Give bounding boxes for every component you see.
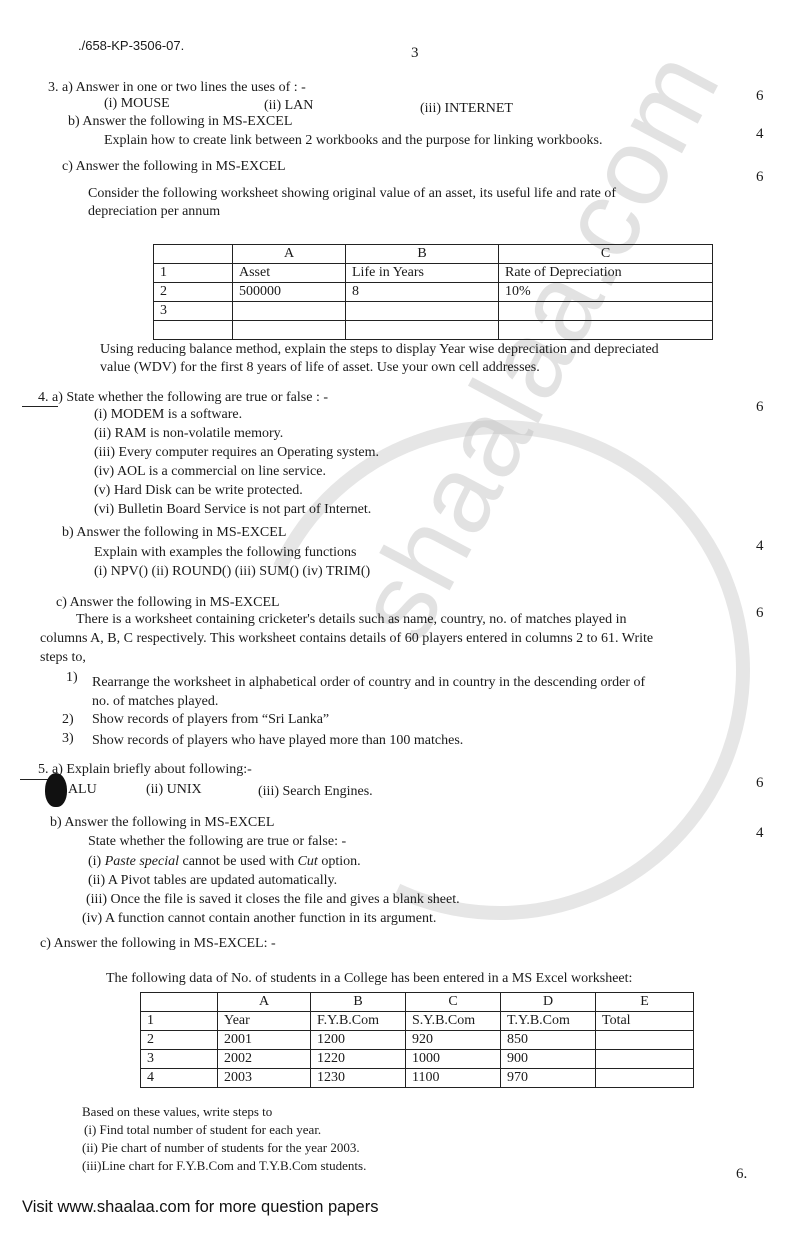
cell: 970 (501, 1069, 596, 1088)
col-header (141, 993, 218, 1012)
q5c-intro: The following data of No. of students in… (106, 971, 632, 987)
q4a-item-2: (ii) RAM is non-volatile memory. (94, 426, 283, 442)
q4c-para-1: There is a worksheet containing crickete… (76, 612, 627, 628)
q3c-outro-1: Using reducing balance method, explain t… (100, 342, 659, 358)
q5b-item-1: (i) Paste special cannot be used with Cu… (88, 854, 361, 870)
q3a-marks: 6 (756, 88, 764, 105)
q5c-item-1: (i) Find total number of student for eac… (84, 1122, 321, 1138)
q5b-label: b) Answer the following in MS-EXCEL (50, 815, 274, 831)
cell: 2001 (218, 1031, 311, 1050)
q4b-text: Explain with examples the following func… (94, 545, 356, 561)
cell: 2002 (218, 1050, 311, 1069)
q5b-item-1-prefix: (i) (88, 854, 105, 869)
col-header: A (233, 245, 346, 264)
q4c-para-3: steps to, (40, 650, 86, 666)
q4c-marks: 6 (756, 605, 764, 622)
q4b-label: b) Answer the following in MS-EXCEL (62, 525, 286, 541)
q3a-label: 3. a) Answer in one or two lines the use… (48, 80, 306, 96)
asset-worksheet-table: A B C 1AssetLife in YearsRate of Depreci… (153, 244, 713, 340)
q4c-step-3-num: 3) (62, 731, 74, 747)
q5b-item-1-suffix: option. (318, 854, 361, 869)
table-row: 3200212201000900 (141, 1050, 694, 1069)
q5c-label: c) Answer the following in MS-EXCEL: - (40, 936, 276, 952)
cell: 3 (141, 1050, 218, 1069)
q5b-item-2: (ii) A Pivot tables are updated automati… (88, 873, 337, 889)
table-row: 220011200920850 (141, 1031, 694, 1050)
col-header: A (218, 993, 311, 1012)
col-header: C (406, 993, 501, 1012)
q3a-item-1: (i) MOUSE (104, 96, 170, 112)
q4c-step-2-line1: Show records of players from “Sri Lanka” (92, 712, 329, 728)
q4a-item-6: (vi) Bulletin Board Service is not part … (94, 502, 371, 518)
q5c-item-3: (iii)Line chart for F.Y.B.Com and T.Y.B.… (82, 1158, 366, 1174)
q3c-outro-2: value (WDV) for the first 8 years of lif… (100, 360, 540, 376)
cell: S.Y.B.Com (406, 1012, 501, 1031)
q5b-item-3: (iii) Once the file is saved it closes t… (86, 892, 460, 908)
cell: 8 (346, 283, 499, 302)
footer-link-text[interactable]: Visit www.shaalaa.com for more question … (22, 1198, 378, 1217)
q3b-marks: 4 (756, 126, 764, 143)
q4c-step-3-line1: Show records of players who have played … (92, 733, 463, 749)
cell (233, 321, 346, 340)
cell: 2 (141, 1031, 218, 1050)
cell: 1 (141, 1012, 218, 1031)
cell: 920 (406, 1031, 501, 1050)
col-header (154, 245, 233, 264)
cell (596, 1031, 694, 1050)
q4a-label: 4. a) State whether the following are tr… (38, 390, 328, 406)
q5a-item-3: (iii) Search Engines. (258, 784, 373, 800)
q4a-item-1: (i) MODEM is a software. (94, 407, 242, 423)
cell: 500000 (233, 283, 346, 302)
cell: 10% (499, 283, 713, 302)
cell: Total (596, 1012, 694, 1031)
cell (154, 321, 233, 340)
col-header: E (596, 993, 694, 1012)
q3a-item-2: (ii) LAN (264, 98, 313, 114)
cell (346, 302, 499, 321)
col-header: B (311, 993, 406, 1012)
q4a-item-4: (iv) AOL is a commercial on line service… (94, 464, 326, 480)
table-row: 2500000810% (154, 283, 713, 302)
q5a-label: 5. a) Explain briefly about following:- (38, 762, 252, 778)
cell: 2 (154, 283, 233, 302)
cell: 1100 (406, 1069, 501, 1088)
col-header: D (501, 993, 596, 1012)
cell: 1220 (311, 1050, 406, 1069)
q5c-marks: 6. (736, 1166, 747, 1183)
q4c-label: c) Answer the following in MS-EXCEL (56, 595, 280, 611)
q5a-item-2: (ii) UNIX (146, 782, 202, 798)
cell: 1200 (311, 1031, 406, 1050)
cell: F.Y.B.Com (311, 1012, 406, 1031)
q3c-label: c) Answer the following in MS-EXCEL (62, 159, 286, 175)
q5b-item-1-em1: Paste special (105, 854, 179, 869)
q5b-item-1-mid: cannot be used with (179, 854, 298, 869)
q4b-functions: (i) NPV() (ii) ROUND() (iii) SUM() (iv) … (94, 564, 370, 580)
cell: 1230 (311, 1069, 406, 1088)
q5a-marks: 6 (756, 775, 764, 792)
cell: Life in Years (346, 264, 499, 283)
cell (596, 1069, 694, 1088)
q4c-step-1-num: 1) (66, 670, 78, 686)
cell (346, 321, 499, 340)
table-row: 3 (154, 302, 713, 321)
cell (596, 1050, 694, 1069)
cell: 850 (501, 1031, 596, 1050)
cell: 900 (501, 1050, 596, 1069)
q3b-label: b) Answer the following in MS-EXCEL (68, 114, 292, 130)
q5b-item-4: (iv) A function cannot contain another f… (82, 911, 436, 927)
q3c-intro-1: Consider the following worksheet showing… (88, 186, 616, 202)
cell (499, 302, 713, 321)
table-row (154, 321, 713, 340)
q4a-item-5: (v) Hard Disk can be write protected. (94, 483, 303, 499)
question-underline (22, 406, 58, 407)
paper-code: ./658-KP-3506-07. (78, 38, 184, 53)
table-row: 1AssetLife in YearsRate of Depreciation (154, 264, 713, 283)
page-number: 3 (411, 45, 419, 62)
q4c-step-1-line1: Rearrange the worksheet in alphabetical … (92, 675, 645, 691)
cell: Rate of Depreciation (499, 264, 713, 283)
q4c-step-2-num: 2) (62, 712, 74, 728)
q4a-item-3: (iii) Every computer requires an Operati… (94, 445, 379, 461)
q5b-item-1-em2: Cut (298, 854, 318, 869)
q5b-intro: State whether the following are true or … (88, 834, 346, 850)
q4c-step-1-line2: no. of matches played. (92, 694, 218, 710)
q5c-based: Based on these values, write steps to (82, 1104, 272, 1120)
cell (499, 321, 713, 340)
q5c-item-2: (ii) Pie chart of number of students for… (82, 1140, 360, 1156)
q5b-marks: 4 (756, 825, 764, 842)
table-row: 4200312301100970 (141, 1069, 694, 1088)
cell: 3 (154, 302, 233, 321)
col-header: B (346, 245, 499, 264)
q3c-intro-2: depreciation per annum (88, 204, 220, 220)
q3a-item-3: (iii) INTERNET (420, 101, 513, 117)
q4b-marks: 4 (756, 538, 764, 555)
cell (233, 302, 346, 321)
cell: 1000 (406, 1050, 501, 1069)
cell: 2003 (218, 1069, 311, 1088)
q3c-marks: 6 (756, 169, 764, 186)
cell: Year (218, 1012, 311, 1031)
col-header: C (499, 245, 713, 264)
cell: 4 (141, 1069, 218, 1088)
cell: T.Y.B.Com (501, 1012, 596, 1031)
table-row: 1YearF.Y.B.ComS.Y.B.ComT.Y.B.ComTotal (141, 1012, 694, 1031)
q3b-text: Explain how to create link between 2 wor… (104, 133, 602, 149)
students-worksheet-table: A B C D E 1YearF.Y.B.ComS.Y.B.ComT.Y.B.C… (140, 992, 694, 1088)
cell: Asset (233, 264, 346, 283)
cell: 1 (154, 264, 233, 283)
q4c-para-2: columns A, B, C respectively. This works… (40, 631, 653, 647)
ink-blot (45, 773, 67, 807)
q4a-marks: 6 (756, 399, 764, 416)
